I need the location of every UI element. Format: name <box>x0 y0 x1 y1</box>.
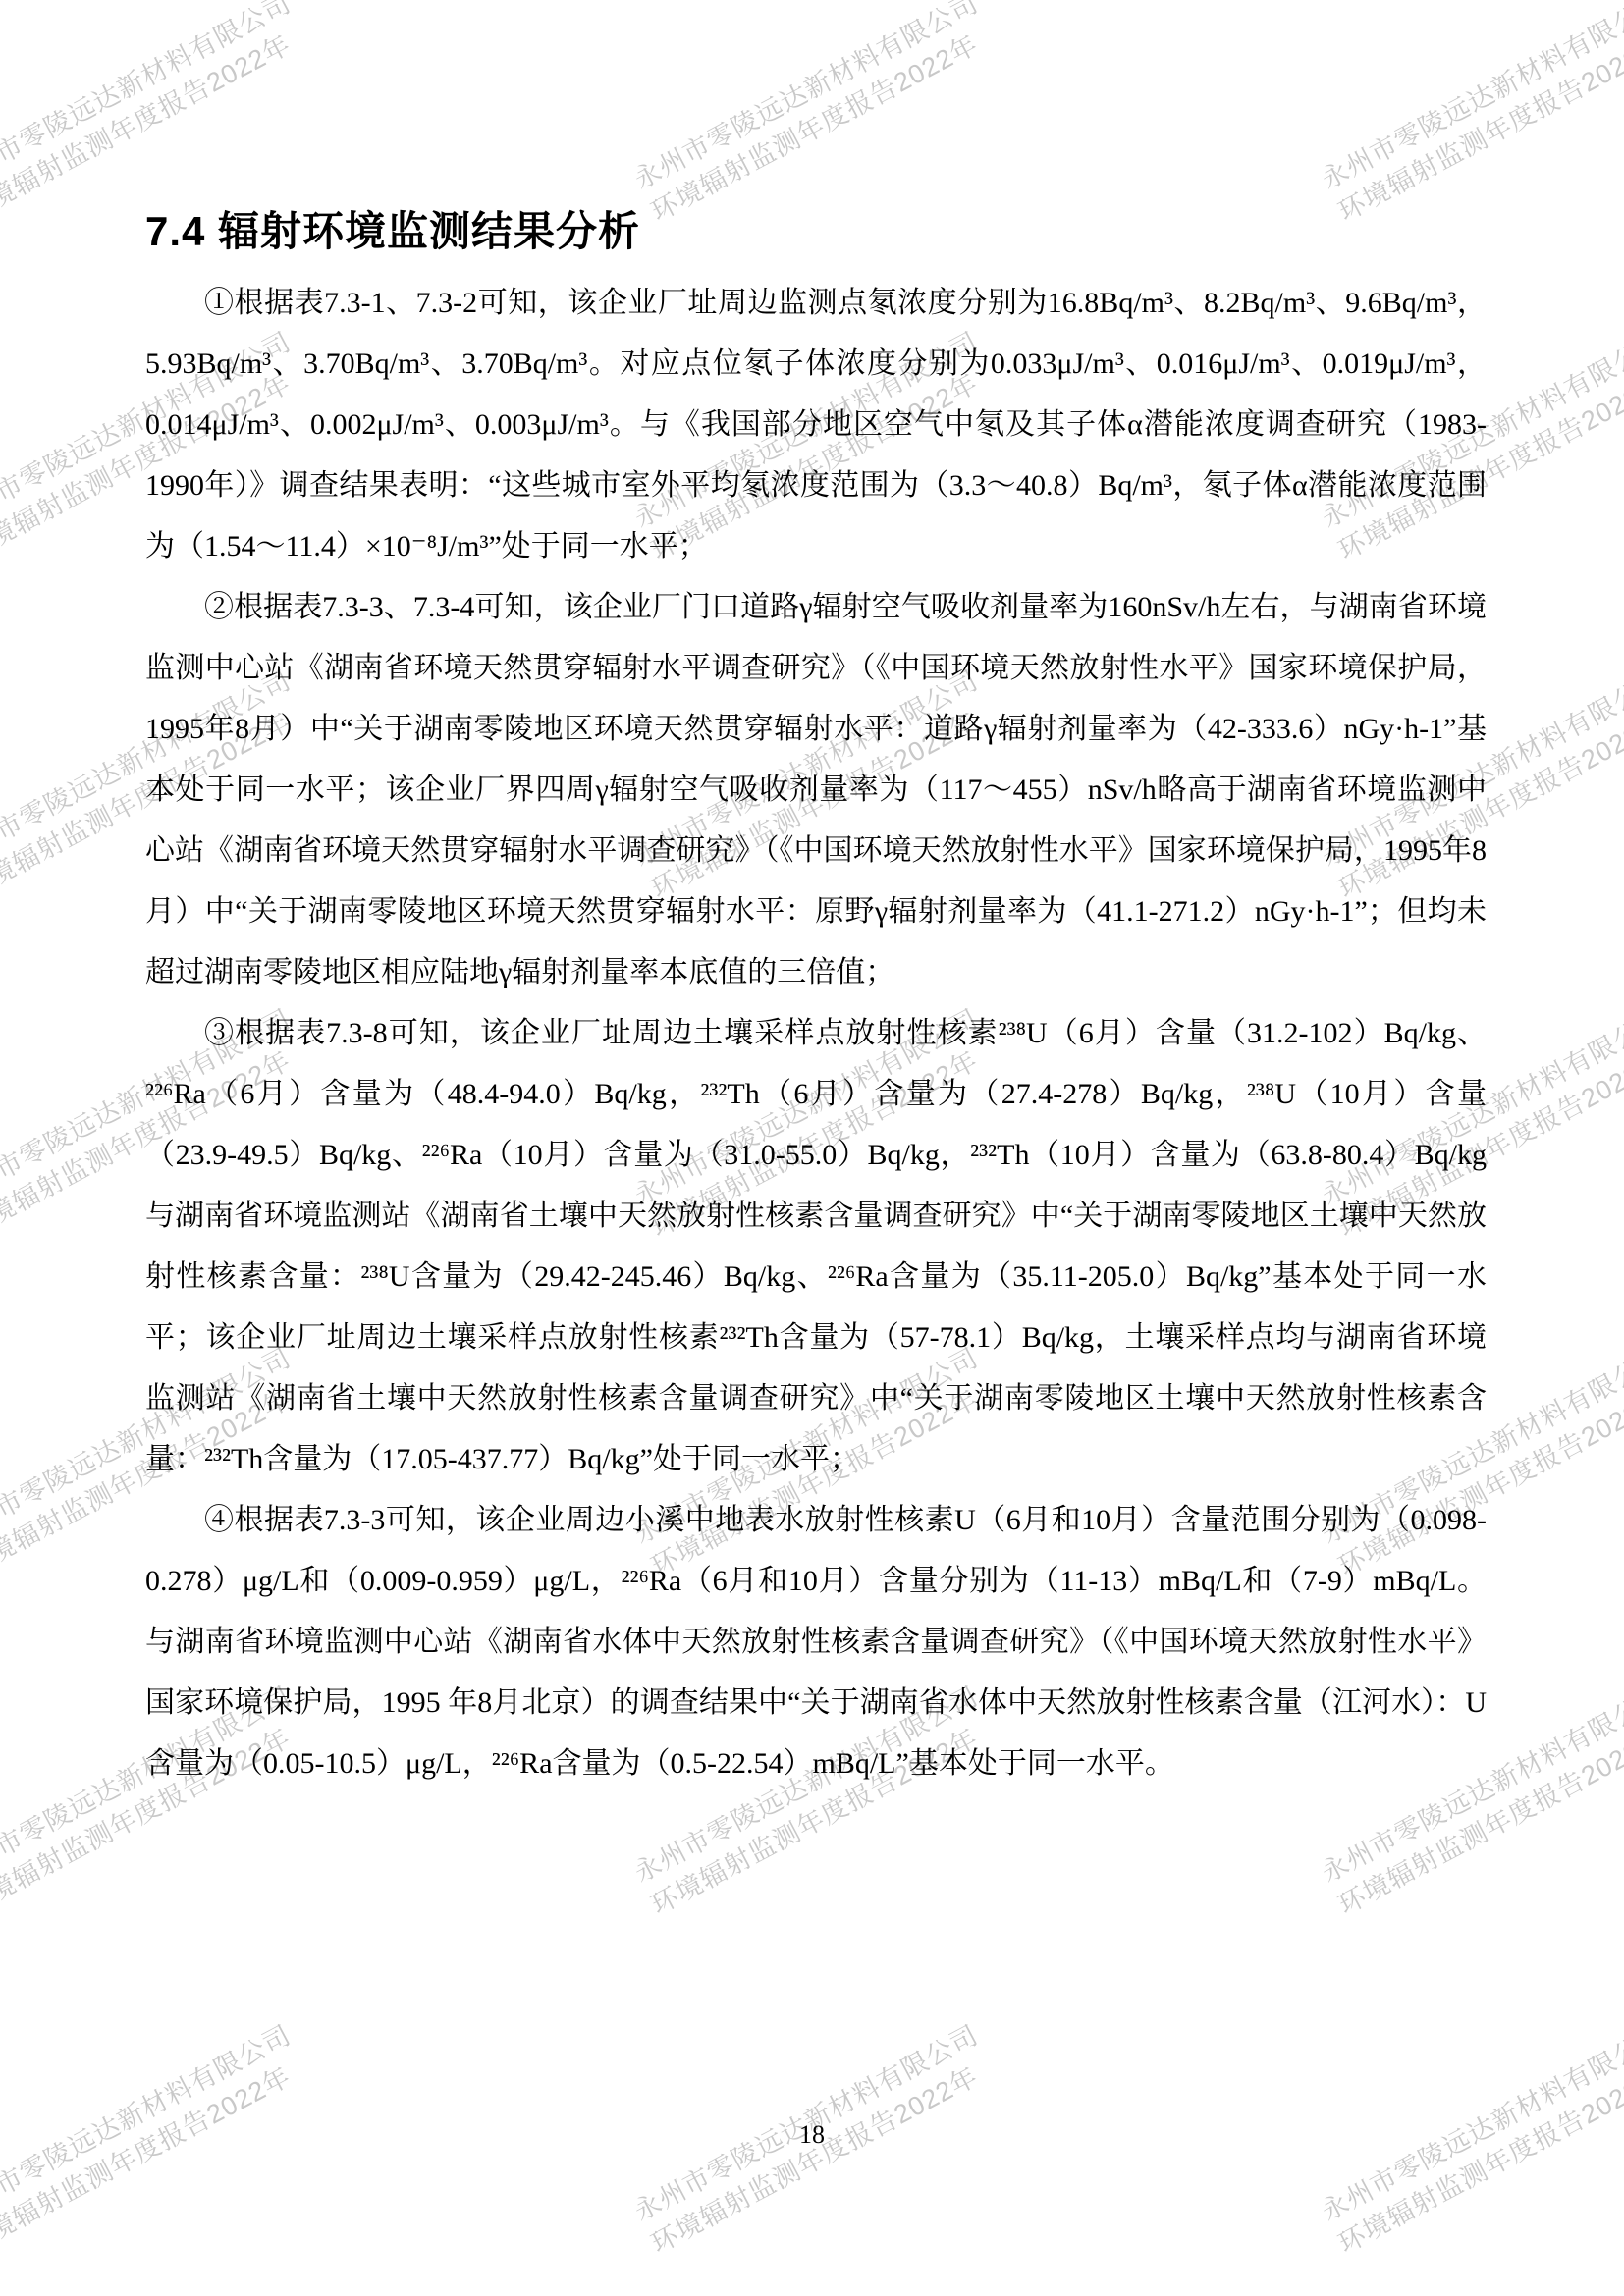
page-number: 18 <box>0 2120 1624 2150</box>
document-page: 永州市零陵远达新材料有限公司环境辐射监测年度报告2022年永州市零陵远达新材料有… <box>0 0 1624 2296</box>
body-paragraph-1: ①根据表7.3-1、7.3-2可知，该企业厂址周边监测点氡浓度分别为16.8Bq… <box>145 273 1487 577</box>
body-paragraph-3: ③根据表7.3-8可知，该企业厂址周边土壤采样点放射性核素²³⁸U（6月）含量（… <box>145 1003 1487 1490</box>
page-content: 7.4 辐射环境监测结果分析 ①根据表7.3-1、7.3-2可知，该企业厂址周边… <box>0 0 1624 1794</box>
section-heading: 7.4 辐射环境监测结果分析 <box>145 204 1487 259</box>
body-paragraph-2: ②根据表7.3-3、7.3-4可知，该企业厂门口道路γ辐射空气吸收剂量率为160… <box>145 577 1487 1003</box>
body-paragraph-4: ④根据表7.3-3可知，该企业周边小溪中地表水放射性核素U（6月和10月）含量范… <box>145 1490 1487 1794</box>
